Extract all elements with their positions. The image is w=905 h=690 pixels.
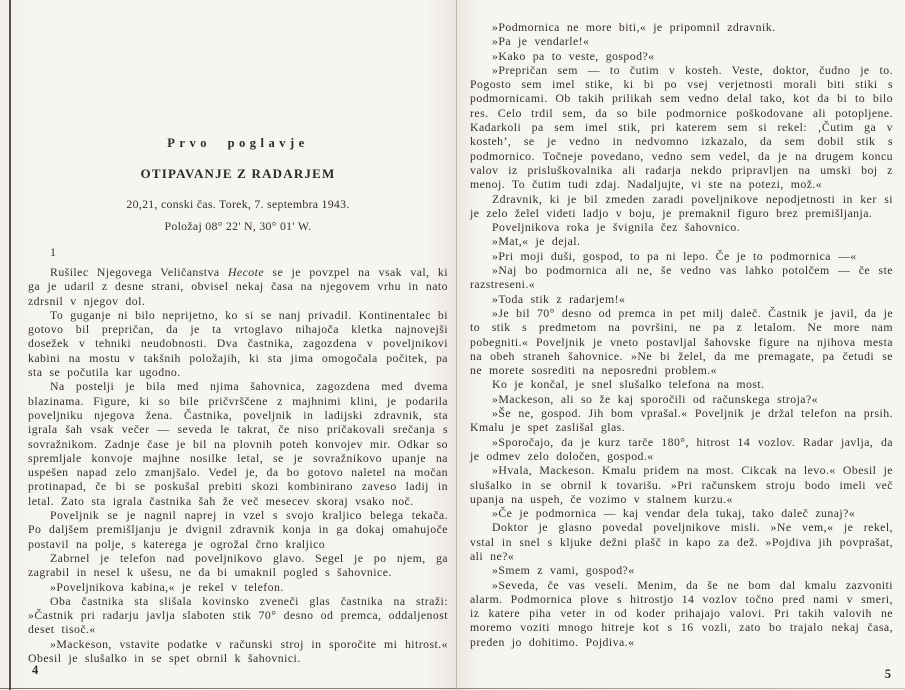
- paragraph: Poveljnikova roka je švignila čez šahovn…: [470, 220, 893, 234]
- book-spread: Prvo poglavje OTIPAVANJE Z RADARJEM 20,2…: [0, 0, 905, 690]
- paragraph: »Mat,« je dejal.: [470, 234, 893, 248]
- paragraph: »Smem z vami, gospod?«: [470, 563, 893, 577]
- page-number-right: 5: [885, 667, 891, 682]
- scan-edge-left: [9, 0, 11, 690]
- section-number: 1: [28, 245, 448, 260]
- paragraph: »Podmornica ne more biti,« je pripomnil …: [470, 20, 893, 34]
- body-text-left: Rušilec Njegovega Veličanstva Hecote se …: [28, 265, 448, 665]
- paragraph: »Pri moji duši, gospod, to pa ni lepo. Č…: [470, 249, 893, 263]
- page-number-left: 4: [32, 663, 38, 678]
- paragraph: »Kako pa to veste, gospod?«: [470, 49, 893, 63]
- paragraph: Ko je končal, je snel slušalko telefona …: [470, 377, 893, 391]
- page-right: »Podmornica ne more biti,« je pripomnil …: [470, 0, 893, 690]
- paragraph: Oba častnika sta slišala kovinsko zveneč…: [28, 594, 448, 637]
- paragraph: »Hvala, Mackeson. Kmalu pridem na most. …: [470, 463, 893, 506]
- page-gutter: [456, 0, 457, 690]
- paragraph: »Če je podmornica — kaj vendar dela tuka…: [470, 506, 893, 520]
- page-left: Prvo poglavje OTIPAVANJE Z RADARJEM 20,2…: [28, 0, 448, 690]
- paragraph: »Pa je vendarle!«: [470, 34, 893, 48]
- paragraph: »Naj bo podmornica ali ne, še vedno vas …: [470, 263, 893, 292]
- paragraph: »Poveljnikova kabina,« je rekel v telefo…: [28, 580, 448, 594]
- paragraph: »Sporočajo, da je kurz tarče 180°, hitro…: [470, 435, 893, 464]
- chapter-heading: Prvo poglavje: [28, 136, 448, 151]
- paragraph: Zdravnik, ki je bil zmeden zaradi povelj…: [470, 192, 893, 221]
- paragraph: Poveljnik se je nagnil naprej in vzel s …: [28, 508, 448, 551]
- paragraph: »Toda stik z radarjem!«: [470, 292, 893, 306]
- chapter-header: Prvo poglavje OTIPAVANJE Z RADARJEM 20,2…: [28, 0, 448, 234]
- paragraph: »Je bil 70° desno od premca in pet milj …: [470, 306, 893, 377]
- paragraph: »Prepričan sem — to čutim v kosteh. Vest…: [470, 63, 893, 192]
- paragraph: »Mackeson, vstavite podatke v računski s…: [28, 637, 448, 666]
- paragraph: Rušilec Njegovega Veličanstva Hecote se …: [28, 265, 448, 308]
- paragraph: Doktor je glasno povedal poveljnikove mi…: [470, 520, 893, 563]
- chapter-dateline: 20,21, conski čas. Torek, 7. septembra 1…: [28, 197, 448, 212]
- paragraph: Zabrnel je telefon nad poveljnikovo glav…: [28, 551, 448, 580]
- paragraph: »Seveda, če vas veseli. Menim, da še ne …: [470, 578, 893, 649]
- paragraph: »Še ne, gospod. Jih bom vprašal.« Povelj…: [470, 406, 893, 435]
- paragraph: To guganje ni bilo neprijetno, ko si se …: [28, 308, 448, 379]
- chapter-position: Položaj 08° 22' N, 30° 01' W.: [28, 219, 448, 234]
- paragraph: »Mackeson, ali so že kaj sporočili od ra…: [470, 392, 893, 406]
- paragraph: Na postelji je bila med njima šahovnica,…: [28, 379, 448, 508]
- body-text-right: »Podmornica ne more biti,« je pripomnil …: [470, 0, 893, 649]
- chapter-title: OTIPAVANJE Z RADARJEM: [28, 166, 448, 182]
